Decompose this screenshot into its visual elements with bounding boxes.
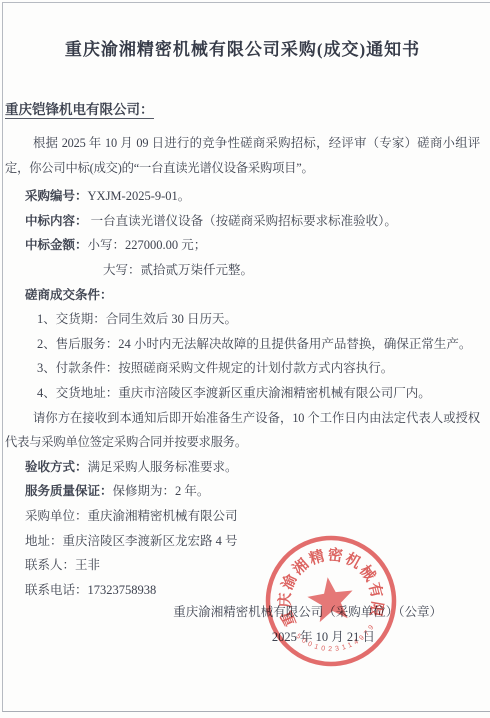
address-label: 地址： [25, 534, 63, 548]
document-page: 重庆渝湘精密机械有限公司采购(成交)通知书 重庆铠锋机电有限公司： 根据 202… [0, 0, 490, 718]
contact-value: 王非 [75, 558, 100, 572]
award-amount-row: 中标金额：小写：227000.00 元； [5, 233, 480, 258]
contact-row: 联系人：王非 [5, 553, 480, 578]
phone-label: 联系电话： [25, 583, 88, 597]
conditions-title-row: 磋商成交条件： [5, 283, 480, 308]
contact-label: 联系人： [25, 558, 75, 572]
award-amount-words: 大写：贰拾贰万柒仟元整。 [103, 263, 253, 277]
recipient-company: 重庆铠锋机电有限公司： [5, 102, 154, 119]
date-line: 2025 年 10 月 21 日 [5, 630, 480, 645]
condition-item-4: 4、交货地址：重庆市涪陵区李渡新区重庆渝湘精密机械有限公司厂内。 [5, 381, 480, 406]
procurement-number-value: YXJM-2025-9-01。 [88, 189, 191, 203]
intro-paragraph: 根据 2025 年 10 月 09 日进行的竞争性磋商采购招标，经评审（专家）磋… [5, 131, 480, 180]
page-title: 重庆渝湘精密机械有限公司采购(成交)通知书 [5, 38, 480, 62]
document-content: 重庆渝湘精密机械有限公司采购(成交)通知书 重庆铠锋机电有限公司： 根据 202… [0, 0, 490, 645]
address-value: 重庆涪陵区李渡新区龙宏路 4 号 [63, 534, 238, 548]
phone-row: 联系电话：17323758938 [5, 578, 480, 603]
signature-line: 重庆渝湘精密机械有限公司（采购单位）（公章） [5, 605, 480, 620]
warranty-label: 服务质量保证： [25, 484, 113, 498]
notice-paragraph: 请你方在接收到本通知后即开始准备生产设备，10 个工作日内由法定代表人或授权代表… [5, 406, 480, 455]
condition-item-2: 2、售后服务：24 小时内无法解决故障的且提供备用产品替换，确保正常生产。 [5, 332, 480, 357]
address-row: 地址：重庆涪陵区李渡新区龙宏路 4 号 [5, 529, 480, 554]
award-content-row: 中标内容： 一台直读光谱仪设备（按磋商采购招标要求标准验收）。 [5, 209, 480, 234]
award-amount-numeric: 小写：227000.00 元； [88, 238, 207, 252]
award-content-label: 中标内容： [25, 214, 88, 228]
purchaser-label: 采购单位： [25, 509, 88, 523]
warranty-row: 服务质量保证：保修期为：2 年。 [5, 479, 480, 504]
phone-value: 17323758938 [88, 583, 157, 597]
acceptance-label: 验收方式： [25, 460, 88, 474]
company-seal-stamp: 重庆渝湘精密机械有限公司 5001023114979 [252, 522, 410, 680]
procurement-number-row: 采购编号：YXJM-2025-9-01。 [5, 184, 480, 209]
award-fields: 采购编号：YXJM-2025-9-01。 中标内容： 一台直读光谱仪设备（按磋商… [5, 184, 480, 602]
warranty-value: 保修期为：2 年。 [113, 484, 210, 498]
condition-item-3: 3、付款条件：按照磋商采购文件规定的计划付款方式内容执行。 [5, 356, 480, 381]
conditions-title: 磋商成交条件： [25, 288, 113, 302]
purchaser-value: 重庆渝湘精密机械有限公司 [88, 509, 238, 523]
acceptance-row: 验收方式：满足采购人服务标准要求。 [5, 455, 480, 480]
award-amount-label: 中标金额： [25, 238, 88, 252]
award-amount-words-row: 大写：贰拾贰万柒仟元整。 [5, 258, 480, 283]
acceptance-value: 满足采购人服务标准要求。 [88, 460, 238, 474]
condition-item-1: 1、交货期：合同生效后 30 日历天。 [5, 307, 480, 332]
award-content-value: 一台直读光谱仪设备（按磋商采购招标要求标准验收）。 [88, 214, 397, 228]
recipient-line: 重庆铠锋机电有限公司： [5, 102, 480, 118]
purchaser-row: 采购单位：重庆渝湘精密机械有限公司 [5, 504, 480, 529]
procurement-number-label: 采购编号： [25, 189, 88, 203]
seal-star-icon [305, 574, 356, 623]
